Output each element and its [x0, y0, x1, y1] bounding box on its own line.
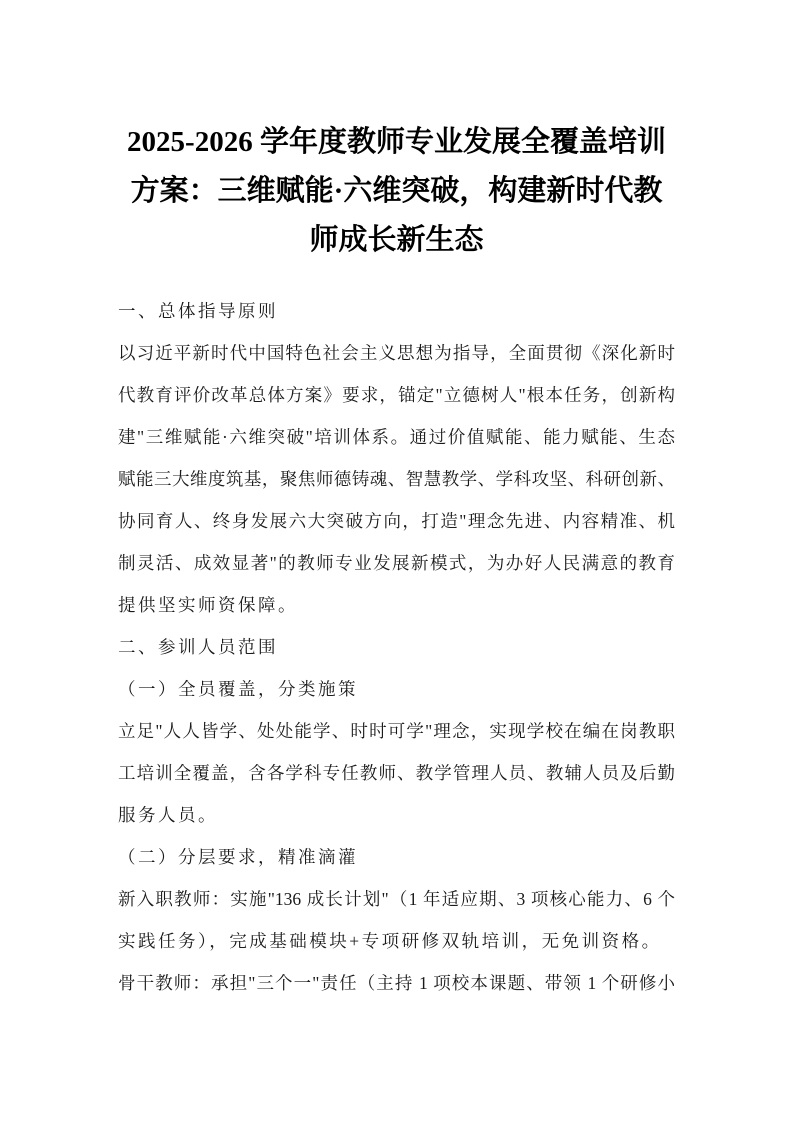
section-2-heading: 二、参训人员范围	[118, 626, 675, 668]
title-line: 2025-2026 学年度教师专业发展全覆盖培训	[118, 118, 675, 167]
document-page: 2025-2026 学年度教师专业发展全覆盖培训方案：三维赋能·六维突破，构建新…	[0, 0, 793, 1122]
body-line: 以习近平新时代中国特色社会主义思想为指导，全面贯彻《深化新时	[118, 332, 675, 374]
heading-line: 一、总体指导原则	[118, 290, 675, 332]
section-1-heading: 一、总体指导原则	[118, 290, 675, 332]
section-2-1-paragraph: 立足"人人皆学、处处能学、时时可学"理念，实现学校在编在岗教职工培训全覆盖，含各…	[118, 710, 675, 836]
section-2-2-paragraph-backbone-teachers: 骨干教师：承担"三个一"责任（主持 1 项校本课题、带领 1 个研修小	[118, 962, 675, 1004]
body-line: 立足"人人皆学、处处能学、时时可学"理念，实现学校在编在岗教职	[118, 710, 675, 752]
heading-line: （二）分层要求，精准滴灌	[118, 836, 675, 878]
section-2-2-paragraph-new-teachers: 新入职教师：实施"136 成长计划"（1 年适应期、3 项核心能力、6 个实践任…	[118, 878, 675, 962]
section-1-paragraph: 以习近平新时代中国特色社会主义思想为指导，全面贯彻《深化新时代教育评价改革总体方…	[118, 332, 675, 626]
body-line: 工培训全覆盖，含各学科专任教师、教学管理人员、教辅人员及后勤	[118, 752, 675, 794]
body-line: 提供坚实师资保障。	[118, 584, 675, 626]
body-line: 赋能三大维度筑基，聚焦师德铸魂、智慧教学、学科攻坚、科研创新、	[118, 458, 675, 500]
body-line: 骨干教师：承担"三个一"责任（主持 1 项校本课题、带领 1 个研修小	[118, 962, 675, 1004]
body-line: 制灵活、成效显著"的教师专业发展新模式，为办好人民满意的教育	[118, 542, 675, 584]
body-line: 协同育人、终身发展六大突破方向，打造"理念先进、内容精准、机	[118, 500, 675, 542]
heading-line: 二、参训人员范围	[118, 626, 675, 668]
title-line: 师成长新生态	[118, 216, 675, 265]
section-2-1-heading: （一）全员覆盖，分类施策	[118, 668, 675, 710]
heading-line: （一）全员覆盖，分类施策	[118, 668, 675, 710]
title-line: 方案：三维赋能·六维突破，构建新时代教	[118, 167, 675, 216]
body-line: 建"三维赋能·六维突破"培训体系。通过价值赋能、能力赋能、生态	[118, 416, 675, 458]
document-title: 2025-2026 学年度教师专业发展全覆盖培训方案：三维赋能·六维突破，构建新…	[118, 118, 675, 265]
body-line: 代教育评价改革总体方案》要求，锚定"立德树人"根本任务，创新构	[118, 374, 675, 416]
body-line: 实践任务），完成基础模块+专项研修双轨培训，无免训资格。	[118, 920, 675, 962]
document-body: 一、总体指导原则以习近平新时代中国特色社会主义思想为指导，全面贯彻《深化新时代教…	[118, 290, 675, 1004]
section-2-2-heading: （二）分层要求，精准滴灌	[118, 836, 675, 878]
body-line: 服务人员。	[118, 794, 675, 836]
body-line: 新入职教师：实施"136 成长计划"（1 年适应期、3 项核心能力、6 个	[118, 878, 675, 920]
